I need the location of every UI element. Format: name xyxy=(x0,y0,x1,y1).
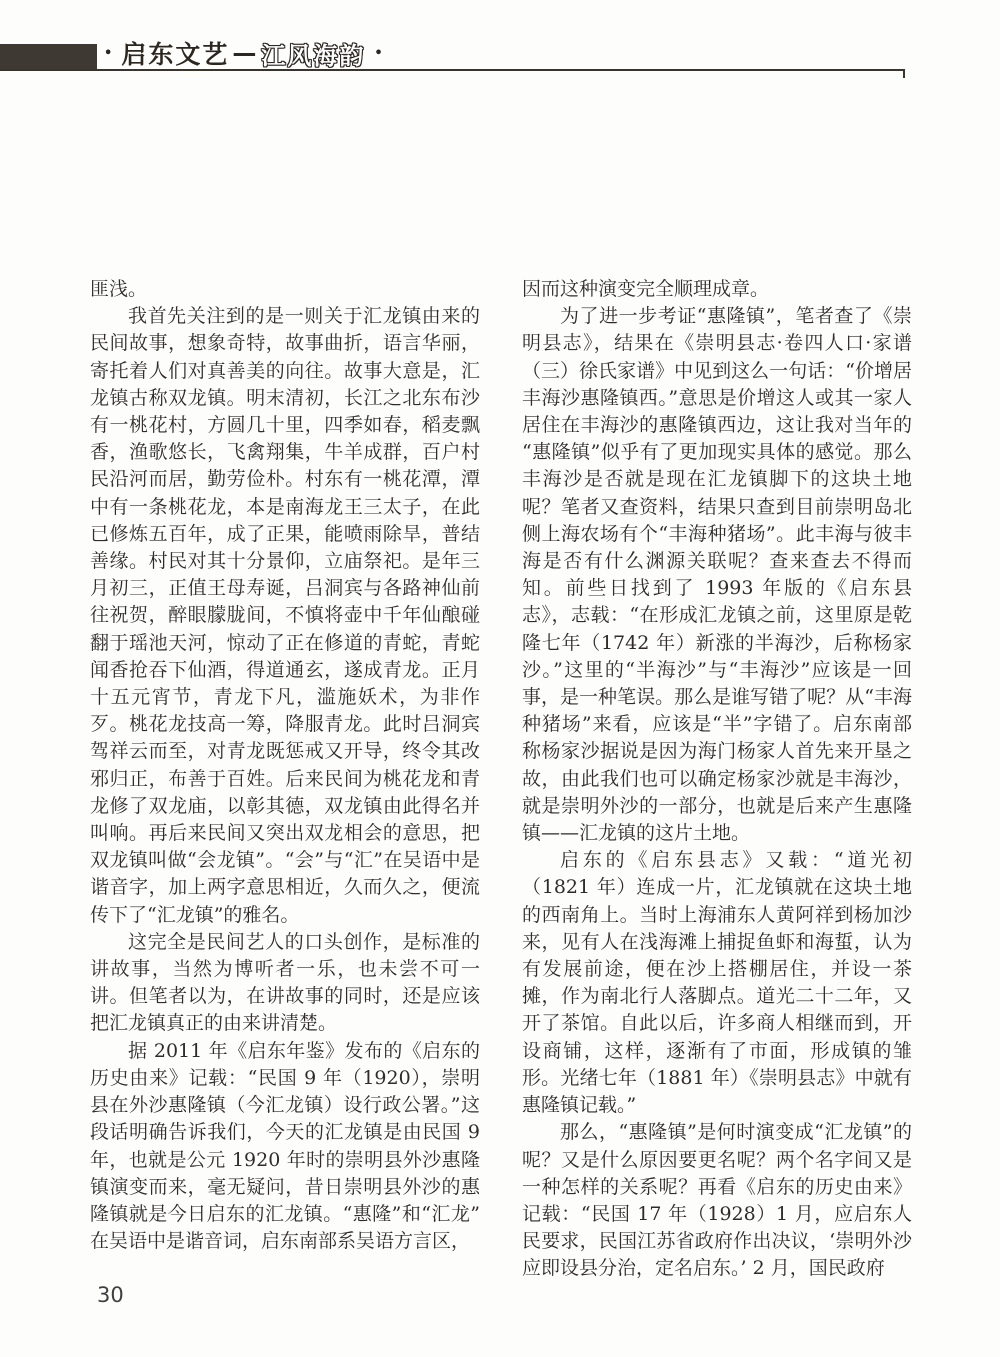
paragraph: 我首先关注到的是一则关于汇龙镇由来的民间故事，想象奇特，故事曲折，语言华丽，寄托… xyxy=(90,303,480,929)
header-rule-tick xyxy=(903,69,905,78)
magazine-page: • 启东文艺 — 江风海韵 • 匪浅。我首先关注到的是一则关于汇龙镇由来的民间故… xyxy=(0,0,1000,1357)
paragraph: 因而这种演变完全顺理成章。 xyxy=(522,276,912,303)
page-number: 30 xyxy=(97,1283,124,1307)
article-body: 匪浅。我首先关注到的是一则关于汇龙镇由来的民间故事，想象奇特，故事曲折，语言华丽… xyxy=(90,276,912,1283)
header-accent-block xyxy=(0,44,97,69)
paragraph: 这完全是民间艺人的口头创作，是标准的讲故事，当然为博听者一乐，也未尝不可一讲。但… xyxy=(90,929,480,1038)
magazine-title: 启东文艺 xyxy=(121,35,229,71)
bullet-right-icon: • xyxy=(374,46,382,61)
paragraph: 据 2011 年《启东年鉴》发布的《启东的历史由来》记载：“民国 9 年（192… xyxy=(90,1038,480,1256)
paragraph: 那么，“惠隆镇”是何时演变成“汇龙镇”的呢？又是什么原因要更名呢？两个名字间又是… xyxy=(522,1119,912,1282)
paragraph: 为了进一步考证“惠隆镇”，笔者查了《崇明县志》，结果在《崇明县志·卷四人口·家谱… xyxy=(522,303,912,847)
paragraph: 匪浅。 xyxy=(90,276,480,303)
paragraph: 启东的《启东县志》又载：“道光初（1821 年）连成一片，汇龙镇就在这块土地的西… xyxy=(522,847,912,1119)
left-column: 匪浅。我首先关注到的是一则关于汇龙镇由来的民间故事，想象奇特，故事曲折，语言华丽… xyxy=(90,276,480,1283)
bullet-left-icon: • xyxy=(104,46,112,61)
section-title: 江风海韵 xyxy=(261,36,365,71)
right-column: 因而这种演变完全顺理成章。为了进一步考证“惠隆镇”，笔者查了《崇明县志》，结果在… xyxy=(522,276,912,1283)
page-title: • 启东文艺 — 江风海韵 • xyxy=(104,38,383,68)
title-dash: — xyxy=(232,39,258,67)
